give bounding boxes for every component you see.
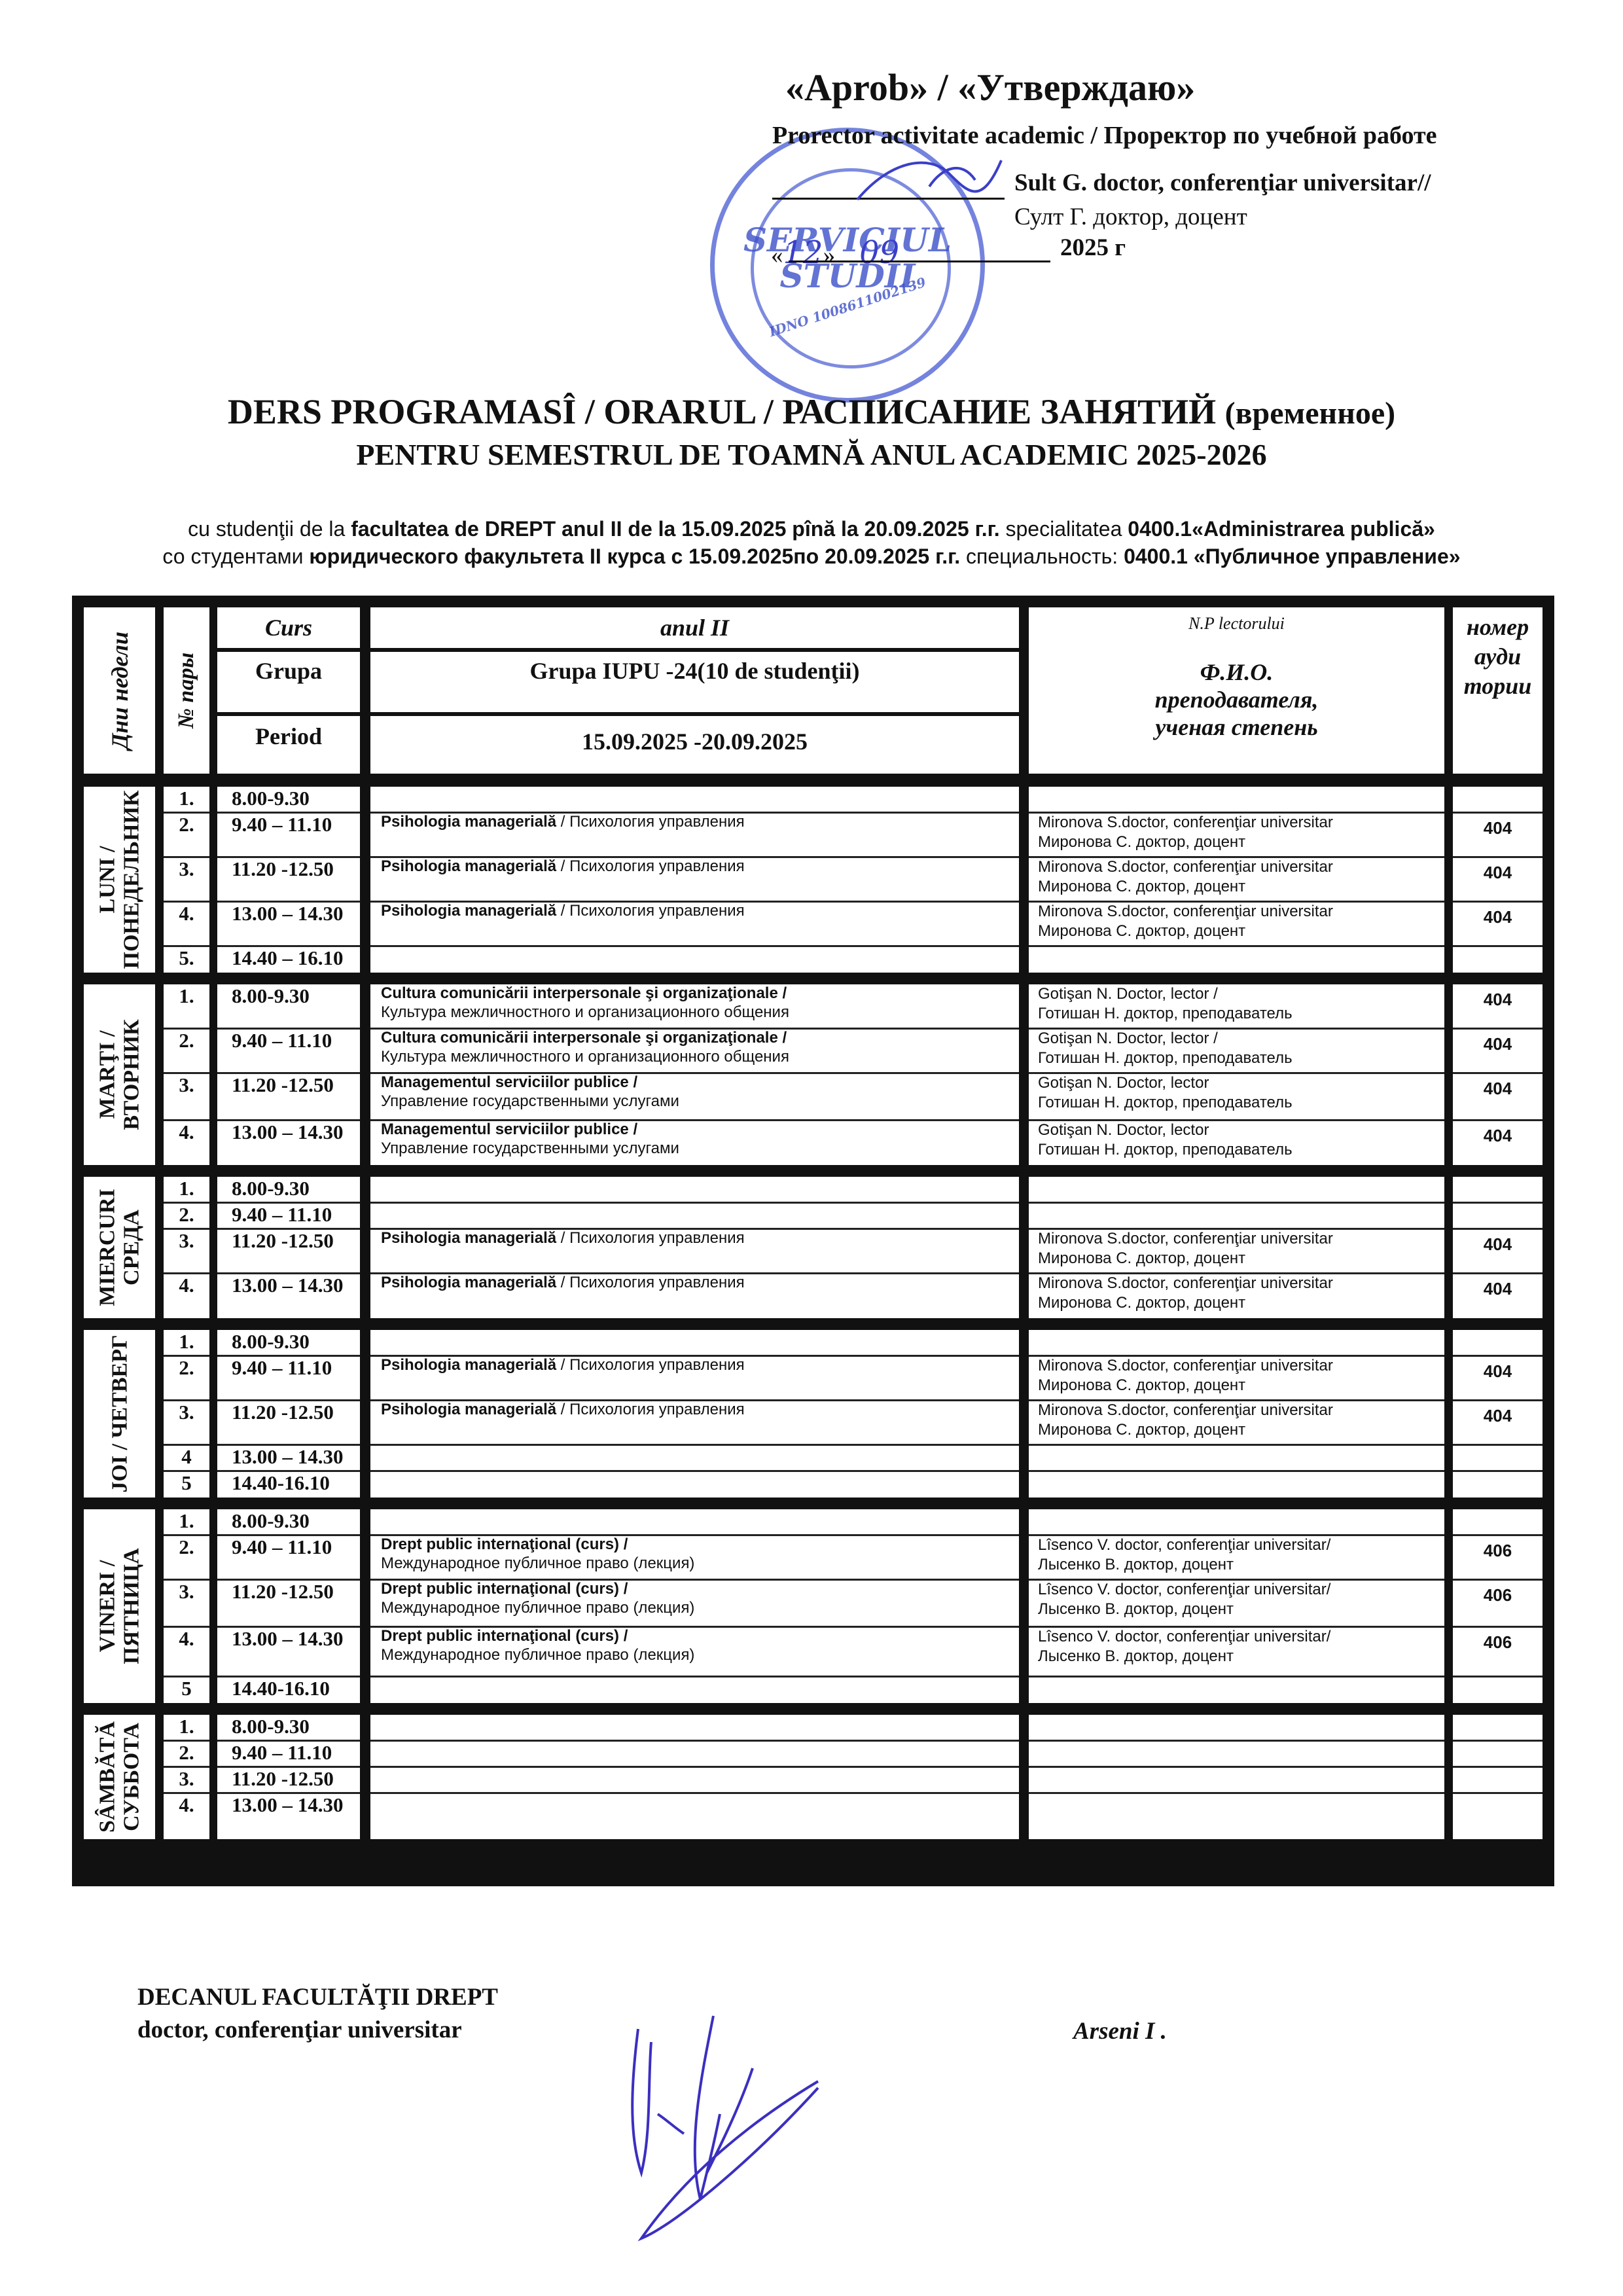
lecturer-entry [1029, 1177, 1444, 1203]
pair-column: 1.2.3.4. [164, 1177, 209, 1318]
header-period-label: Period [217, 716, 360, 750]
subject-ro: Managementul serviciilor publice / [381, 1073, 637, 1091]
lecturer-ro: Mironova S.doctor, conferenţiar universi… [1038, 857, 1444, 877]
row-divider [217, 1272, 360, 1274]
row-divider [370, 1272, 1019, 1274]
header-lecturer-cell: N.P lectoruluiФ.И.О.преподавателя,ученая… [1029, 607, 1444, 774]
row-divider [217, 1470, 360, 1472]
lecturer-entry [1029, 1793, 1444, 1839]
lecturer-ro: Gotişan N. Doctor, lector [1038, 1073, 1444, 1093]
pair-number: 3. [164, 1580, 209, 1627]
lecturer-entry [1029, 1471, 1444, 1498]
row-divider [164, 1119, 209, 1121]
lecturer-column: Mironova S.doctor, conferenţiar universi… [1029, 787, 1444, 973]
pair-time: 14.40-16.10 [217, 1677, 360, 1703]
row-divider [370, 1119, 1019, 1121]
subject-entry [370, 1793, 1019, 1839]
pair-number: 4. [164, 1793, 209, 1839]
room-number: 404 [1453, 1073, 1543, 1126]
row-divider [164, 1579, 209, 1581]
room-number: 404 [1453, 1229, 1543, 1279]
row-divider [1029, 812, 1444, 814]
pair-number: 4. [164, 902, 209, 946]
room-number: 404 [1453, 902, 1543, 952]
subject-entry: Psihologia managerială / Психология упра… [370, 1356, 1019, 1401]
time-column: 8.00-9.309.40 – 11.1011.20 -12.5013.00 –… [217, 1330, 360, 1498]
subject-ru: Управление государственными услугами [381, 1139, 1019, 1158]
approval-role: Prorector activitate academic / Проректо… [772, 121, 1436, 150]
pair-time: 9.40 – 11.10 [217, 1029, 360, 1073]
subject-ro: Managementul serviciilor publice / [381, 1121, 637, 1138]
subject-column: Drept public internaţional (curs) /Между… [370, 1509, 1019, 1703]
row-divider [1453, 1202, 1543, 1204]
pair-time: 8.00-9.30 [217, 984, 360, 1029]
approval-month: 09 [859, 234, 899, 271]
day-label: VINERI /ПЯТНИЦА [95, 1548, 144, 1664]
subject-entry [370, 1177, 1019, 1203]
time-column: 8.00-9.309.40 – 11.1011.20 -12.5013.00 –… [217, 984, 360, 1165]
row-divider [217, 1676, 360, 1677]
time-column: 8.00-9.309.40 – 11.1011.20 -12.5013.00 –… [217, 1715, 360, 1839]
subject-entry: Drept public internaţional (curs) /Между… [370, 1627, 1019, 1677]
row-divider [217, 1355, 360, 1357]
day-label: SÂMBĂTĂСУББОТА [95, 1721, 144, 1833]
subject-ru: Культура межличностного и организационно… [381, 1003, 1019, 1022]
row-divider [1453, 1028, 1543, 1030]
lecturer-entry [1029, 946, 1444, 973]
subject-entry: Psihologia managerială / Психология упра… [370, 902, 1019, 946]
header-curs-cell: Curs [217, 607, 360, 648]
lecturer-ru: Готишан Н. доктор, преподаватель [1038, 1093, 1444, 1113]
intro-ru: со студентами юридического факультета II… [0, 545, 1623, 569]
row-divider [164, 1072, 209, 1074]
lecturer-ru: Миронова С. доктор, доцент [1038, 1293, 1444, 1313]
pair-number: 1. [164, 1177, 209, 1203]
pair-number: 3. [164, 857, 209, 902]
subject-ru: Международное публичное право (лекция) [381, 1599, 1019, 1618]
row-divider [164, 1740, 209, 1742]
subject-ru: / Психология управления [556, 902, 745, 920]
row-divider [370, 1355, 1019, 1357]
row-divider [370, 1072, 1019, 1074]
subject-column: Psihologia managerială / Психология упра… [370, 1330, 1019, 1498]
room-number: 406 [1453, 1627, 1543, 1682]
subject-ro: Psihologia managerială [381, 813, 556, 831]
intro-ru-part: специальность: [960, 545, 1124, 568]
lecturer-ro: Mironova S.doctor, conferenţiar universi… [1038, 1229, 1444, 1249]
pair-number: 2. [164, 1356, 209, 1401]
subject-entry [370, 1767, 1019, 1793]
row-divider [164, 812, 209, 814]
lecturer-ru: Готишан Н. доктор, преподаватель [1038, 1004, 1444, 1024]
intro-ru-part: со студентами [162, 545, 309, 568]
subject-entry: Psihologia managerială / Психология упра… [370, 857, 1019, 902]
row-divider [217, 1740, 360, 1742]
row-divider [164, 1626, 209, 1628]
row-divider [217, 812, 360, 814]
row-divider [217, 1444, 360, 1446]
row-divider [370, 901, 1019, 903]
row-divider [370, 1399, 1019, 1401]
row-divider [1029, 1399, 1444, 1401]
pair-time: 11.20 -12.50 [217, 857, 360, 902]
lecturer-ro: Gotişan N. Doctor, lector [1038, 1121, 1444, 1140]
lecturer-entry [1029, 1445, 1444, 1471]
row-divider [1453, 1399, 1543, 1401]
lecturer-ru: Миронова С. доктор, доцент [1038, 877, 1444, 897]
header-room-label: номер [1453, 607, 1543, 642]
pair-number: 1. [164, 1330, 209, 1356]
subject-column: Psihologia managerială / Психология упра… [370, 1177, 1019, 1318]
pair-time: 9.40 – 11.10 [217, 1203, 360, 1229]
lecturer-entry: Lîsenco V. doctor, conferenţiar universi… [1029, 1535, 1444, 1580]
subject-entry [370, 946, 1019, 973]
subject-ro: Psihologia managerială [381, 1274, 556, 1291]
pair-time: 11.20 -12.50 [217, 1401, 360, 1445]
row-divider [370, 1228, 1019, 1230]
header-lecturer-ru-3: ученая степень [1029, 713, 1444, 741]
header-room-label: ауди [1453, 642, 1543, 672]
pair-number: 5. [164, 946, 209, 973]
day-label-cell: VINERI /ПЯТНИЦА [84, 1509, 155, 1703]
day-name-ro: MARŢI / [95, 1019, 119, 1130]
dean-title: DECANUL FACULTĂŢII DREPT [137, 1983, 498, 2011]
subject-entry [370, 1445, 1019, 1471]
pair-time: 8.00-9.30 [217, 1509, 360, 1535]
row-divider [164, 1228, 209, 1230]
subject-entry: Psihologia managerială / Психология упра… [370, 1274, 1019, 1318]
subject-ro: Psihologia managerială [381, 1401, 556, 1418]
pair-number: 1. [164, 787, 209, 813]
row-divider [1453, 1470, 1543, 1472]
room-column [1453, 1715, 1543, 1839]
row-divider [1453, 1355, 1543, 1357]
lecturer-entry: Mironova S.doctor, conferenţiar universi… [1029, 857, 1444, 902]
day-name-ru: СРЕДА [120, 1189, 144, 1306]
pair-time: 8.00-9.30 [217, 1177, 360, 1203]
subject-ro: Psihologia managerială [381, 902, 556, 920]
row-divider [164, 1399, 209, 1401]
day-name-ru: СУББОТА [120, 1721, 144, 1833]
pair-number: 4. [164, 1274, 209, 1318]
lecturer-ru: Лысенко В. доктор, доцент [1038, 1555, 1444, 1575]
row-divider [1029, 1766, 1444, 1768]
lecturer-ro: Lîsenco V. doctor, conferenţiar universi… [1038, 1580, 1444, 1600]
day-name-ru: ПЯТНИЦА [120, 1548, 144, 1664]
subject-entry: Cultura comunicării interpersonale şi or… [370, 1029, 1019, 1073]
pair-number: 1. [164, 1509, 209, 1535]
pair-number: 4. [164, 1627, 209, 1677]
lecturer-entry: Mironova S.doctor, conferenţiar universi… [1029, 1229, 1444, 1274]
subject-entry: Psihologia managerială / Психология упра… [370, 1401, 1019, 1445]
lecturer-entry: Mironova S.doctor, conferenţiar universi… [1029, 1274, 1444, 1318]
lecturer-ro: Gotişan N. Doctor, lector / [1038, 984, 1444, 1004]
row-divider [217, 945, 360, 947]
pair-number: 3. [164, 1073, 209, 1121]
pair-time: 11.20 -12.50 [217, 1073, 360, 1121]
pair-number: 1. [164, 1715, 209, 1741]
pair-time: 11.20 -12.50 [217, 1229, 360, 1274]
approver-name-ro: Sult G. doctor, conferenţiar universitar… [1014, 169, 1431, 197]
subject-ru: Международное публичное право (лекция) [381, 1646, 1019, 1665]
date-line [789, 260, 1050, 262]
row-divider [1029, 1534, 1444, 1536]
row-divider [217, 1228, 360, 1230]
row-divider [1029, 1272, 1444, 1274]
row-divider [164, 1028, 209, 1030]
subject-column [370, 1715, 1019, 1839]
row-divider [1029, 1028, 1444, 1030]
lecturer-entry [1029, 1203, 1444, 1229]
intro-ro-part: 0400.1«Administrarea publică» [1128, 517, 1435, 541]
lecturer-entry: Lîsenco V. doctor, conferenţiar universi… [1029, 1580, 1444, 1627]
row-divider [217, 856, 360, 858]
intro-ro-part: facultatea de DREPT anul II de la 15.09.… [351, 517, 999, 541]
room-number [1453, 1793, 1543, 1839]
lecturer-ru: Готишан Н. доктор, преподаватель [1038, 1049, 1444, 1068]
row-divider [1029, 901, 1444, 903]
row-divider [1029, 1202, 1444, 1204]
row-divider [1029, 1626, 1444, 1628]
header-period-cell: Period [217, 716, 360, 774]
room-number [1453, 1471, 1543, 1498]
approver-name-ru: Султ Г. доктор, доцент [1014, 203, 1247, 231]
lecturer-entry: Mironova S.doctor, conferenţiar universi… [1029, 813, 1444, 857]
lecturer-entry [1029, 787, 1444, 813]
row-divider [1453, 945, 1543, 947]
pair-number: 3. [164, 1767, 209, 1793]
pair-time: 8.00-9.30 [217, 1715, 360, 1741]
day-label-cell: JOI / ЧЕТВЕРГ [84, 1330, 155, 1498]
intro-ro-part: cu studenţii de la [188, 517, 351, 541]
subject-ro: Psihologia managerială [381, 1356, 556, 1374]
subject-column: Psihologia managerială / Психология упра… [370, 787, 1019, 973]
lecturer-column [1029, 1715, 1444, 1839]
day-name-ro: VINERI / [95, 1548, 119, 1664]
room-number: 404 [1453, 1356, 1543, 1406]
lecturer-entry [1029, 1330, 1444, 1356]
room-column: 404404 [1453, 1330, 1543, 1498]
row-divider [1453, 1534, 1543, 1536]
lecturer-entry [1029, 1677, 1444, 1703]
row-divider [164, 1534, 209, 1536]
row-divider [1453, 1228, 1543, 1230]
row-divider [370, 1579, 1019, 1581]
row-divider [370, 1534, 1019, 1536]
lecturer-column: Mironova S.doctor, conferenţiar universi… [1029, 1330, 1444, 1498]
row-divider [1029, 856, 1444, 858]
header-days-label: Дни недели [106, 632, 134, 749]
pair-number: 3. [164, 1401, 209, 1445]
row-divider [370, 1626, 1019, 1628]
approval-year: 2025 г [1060, 234, 1126, 262]
pair-time: 9.40 – 11.10 [217, 1535, 360, 1580]
row-divider [217, 1792, 360, 1794]
row-divider [1029, 1470, 1444, 1472]
row-divider [164, 945, 209, 947]
day-label-cell: MIERCURIСРЕДА [84, 1177, 155, 1318]
row-divider [164, 1444, 209, 1446]
row-divider [1029, 1355, 1444, 1357]
lecturer-ru: Миронова С. доктор, доцент [1038, 1376, 1444, 1395]
pair-time: 9.40 – 11.10 [217, 813, 360, 857]
intro-ro: cu studenţii de la facultatea de DREPT a… [0, 517, 1623, 541]
subject-column: Cultura comunicării interpersonale şi or… [370, 984, 1019, 1165]
subject-ru: Управление государственными услугами [381, 1092, 1019, 1111]
day-label: LUNI /ПОНЕДЕЛЬНИК [95, 791, 144, 969]
row-divider [1453, 1766, 1543, 1768]
lecturer-entry: Mironova S.doctor, conferenţiar universi… [1029, 902, 1444, 946]
lecturer-ru: Миронова С. доктор, доцент [1038, 1420, 1444, 1440]
subject-ro: Psihologia managerială [381, 1229, 556, 1247]
row-divider [217, 1399, 360, 1401]
lecturer-ro: Gotişan N. Doctor, lector / [1038, 1029, 1444, 1049]
lecturer-entry: Lîsenco V. doctor, conferenţiar universi… [1029, 1627, 1444, 1677]
pair-number: 5 [164, 1471, 209, 1498]
document-title: DERS PROGRAMASÎ / ORARUL / РАСПИСАНИЕ ЗА… [0, 391, 1623, 432]
pair-time: 13.00 – 14.30 [217, 1274, 360, 1318]
row-divider [1453, 1072, 1543, 1074]
row-divider [1029, 1119, 1444, 1121]
header-pair-cell: № пары [164, 607, 209, 774]
pair-time: 11.20 -12.50 [217, 1580, 360, 1627]
header-pair-label: № пары [174, 653, 199, 728]
subject-entry [370, 1715, 1019, 1741]
pair-time: 9.40 – 11.10 [217, 1356, 360, 1401]
header-year-cell: anul II [370, 607, 1019, 648]
header-lecturer-ro: N.P lectorului [1029, 607, 1444, 634]
subject-ru: / Психология управления [556, 813, 745, 831]
pair-number: 2. [164, 1535, 209, 1580]
row-divider [370, 1028, 1019, 1030]
pair-time: 13.00 – 14.30 [217, 1627, 360, 1677]
header-year-value: anul II [370, 607, 1019, 641]
pair-column: 1.2.3.4.5 [164, 1509, 209, 1703]
subject-ro: Drept public internaţional (curs) / [381, 1580, 628, 1598]
header-room-cell: номераудитории [1453, 607, 1543, 774]
lecturer-entry [1029, 1509, 1444, 1535]
intro-ru-part: 0400.1 «Публичное управление» [1124, 545, 1460, 568]
day-label-cell: MARŢI /ВТОРНИК [84, 984, 155, 1165]
lecturer-ro: Mironova S.doctor, conferenţiar universi… [1038, 1401, 1444, 1420]
room-number: 404 [1453, 1274, 1543, 1318]
schedule-table: Дни недели№ парыCursGrupaPeriodanul IIGr… [72, 596, 1554, 1886]
row-divider [217, 1626, 360, 1628]
row-divider [1453, 856, 1543, 858]
lecturer-entry: Mironova S.doctor, conferenţiar universi… [1029, 1401, 1444, 1445]
subject-entry [370, 1471, 1019, 1498]
row-divider [1029, 1072, 1444, 1074]
header-curs-label: Curs [217, 607, 360, 641]
row-divider [370, 1792, 1019, 1794]
pair-time: 8.00-9.30 [217, 787, 360, 813]
lecturer-column: Lîsenco V. doctor, conferenţiar universi… [1029, 1509, 1444, 1703]
approval-day: 12 [783, 234, 823, 271]
row-divider [370, 1444, 1019, 1446]
pair-column: 1.2.3.4.5. [164, 787, 209, 973]
room-number: 404 [1453, 857, 1543, 907]
pair-number: 2. [164, 1741, 209, 1767]
pair-time: 14.40 – 16.10 [217, 946, 360, 973]
subject-ro: Drept public internaţional (curs) / [381, 1535, 628, 1553]
lecturer-entry: Gotişan N. Doctor, lectorГотишан Н. докт… [1029, 1121, 1444, 1165]
header-days-cell: Дни недели [84, 607, 155, 774]
day-label: MARŢI /ВТОРНИК [95, 1019, 144, 1130]
row-divider [217, 1202, 360, 1204]
pair-number: 1. [164, 984, 209, 1029]
document-title-main: DERS PROGRAMASÎ / ORARUL / РАСПИСАНИЕ ЗА… [228, 392, 1216, 431]
subject-ru: / Психология управления [556, 1229, 745, 1247]
row-divider [164, 1202, 209, 1204]
lecturer-entry: Gotişan N. Doctor, lector / Готишан Н. д… [1029, 984, 1444, 1029]
row-divider [1453, 812, 1543, 814]
pair-column: 1.2.3.4. [164, 984, 209, 1165]
row-divider [164, 1355, 209, 1357]
room-number: 404 [1453, 1121, 1543, 1165]
room-column: 404404 [1453, 1177, 1543, 1318]
row-divider [1453, 1579, 1543, 1581]
dean-signature-icon [622, 2003, 936, 2291]
pair-number: 5 [164, 1677, 209, 1703]
room-column: 404404404404 [1453, 984, 1543, 1165]
row-divider [217, 1028, 360, 1030]
day-name-ro: MIERCURI [95, 1189, 119, 1306]
header-room-label: тории [1453, 672, 1543, 701]
header-period-value-cell: 15.09.2025 -20.09.2025 [370, 716, 1019, 774]
dean-name: Arseni I . [1073, 2017, 1167, 2045]
row-divider [164, 1272, 209, 1274]
room-column: 404404404 [1453, 787, 1543, 973]
subject-entry [370, 1677, 1019, 1703]
dean-degree: doctor, conferenţiar universitar [137, 2016, 462, 2044]
day-label: JOI / ЧЕТВЕРГ [107, 1335, 132, 1492]
lecturer-ro: Mironova S.doctor, conferenţiar universi… [1038, 1356, 1444, 1376]
subject-entry [370, 1741, 1019, 1767]
row-divider [370, 856, 1019, 858]
row-divider [1453, 1792, 1543, 1794]
row-divider [1453, 1444, 1543, 1446]
lecturer-ro: Lîsenco V. doctor, conferenţiar universi… [1038, 1627, 1444, 1647]
header-lecturer-ru-2: преподавателя, [1029, 686, 1444, 713]
room-column: 406406406 [1453, 1509, 1543, 1703]
lecturer-ru: Лысенко В. доктор, доцент [1038, 1600, 1444, 1619]
subject-entry [370, 1509, 1019, 1535]
pair-number: 2. [164, 813, 209, 857]
row-divider [164, 901, 209, 903]
row-divider [1453, 901, 1543, 903]
lecturer-ru: Миронова С. доктор, доцент [1038, 922, 1444, 941]
subject-entry: Psihologia managerială / Психология упра… [370, 813, 1019, 857]
header-period-value: 15.09.2025 -20.09.2025 [370, 716, 1019, 755]
lecturer-column: Gotişan N. Doctor, lector / Готишан Н. д… [1029, 984, 1444, 1165]
prorector-signature-icon [851, 147, 1008, 219]
subject-ro: Drept public internaţional (curs) / [381, 1627, 628, 1645]
pair-number: 4. [164, 1121, 209, 1165]
row-divider [164, 1470, 209, 1472]
subject-ru: / Психология управления [556, 1356, 745, 1374]
row-divider [217, 901, 360, 903]
subject-ro: Cultura comunicării interpersonale şi or… [381, 1029, 787, 1047]
subject-entry: Managementul serviciilor publice /Управл… [370, 1121, 1019, 1165]
subject-entry [370, 787, 1019, 813]
subject-ru: / Психология управления [556, 1401, 745, 1418]
header-lecturer-ru-1: Ф.И.О. [1029, 658, 1444, 686]
subject-entry: Drept public internaţional (curs) /Между… [370, 1535, 1019, 1580]
pair-number: 2. [164, 1203, 209, 1229]
pair-time: 8.00-9.30 [217, 1330, 360, 1356]
day-label-cell: LUNI /ПОНЕДЕЛЬНИК [84, 787, 155, 973]
row-divider [164, 1766, 209, 1768]
